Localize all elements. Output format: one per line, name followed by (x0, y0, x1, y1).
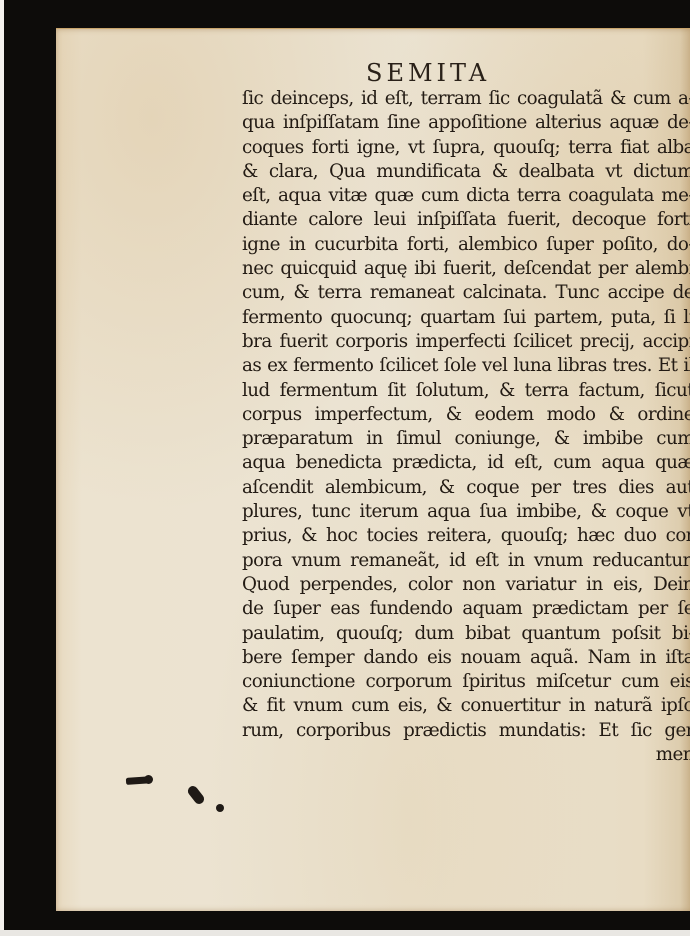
scan-background: SEMITA ſic deinceps, id eſt, terram ſic … (0, 0, 690, 936)
text-line: & clara, Qua mundificata & dealbata vt d… (242, 160, 690, 184)
text-line: paulatim, quouſq; dum bibat quantum poſs… (242, 622, 690, 646)
text-line: Quod perpendes, color non variatur in ei… (242, 573, 690, 597)
text-line: plures, tunc iterum aqua ſua imbibe, & c… (242, 500, 690, 524)
text-line: corpus imperfectum, & eodem modo & ordin… (242, 403, 690, 427)
text-line: pora vnum remaneãt, id eſt in vnum reduc… (242, 549, 690, 573)
text-line: prius, & hoc tocies reitera, quouſq; hæc… (242, 524, 690, 548)
text-line: qua inſpiſſatam ſine appoſitione alteriu… (242, 111, 690, 135)
text-line: ſic deinceps, id eſt, terram ſic coagula… (242, 87, 690, 111)
text-line: igne in cucurbita forti, alembico ſuper … (242, 233, 690, 257)
text-line: de ſuper eas fundendo aquam prædictam pe… (242, 597, 690, 621)
ink-dot (216, 804, 224, 812)
body-text: ſic deinceps, id eſt, terram ſic coagula… (242, 87, 690, 767)
running-head: SEMITA (366, 59, 490, 87)
text-line: coques forti igne, vt ſupra, quouſq; ter… (242, 136, 690, 160)
text-line: eſt, aqua vitæ quæ cum dicta terra coagu… (242, 184, 690, 208)
ink-blot (144, 775, 153, 784)
text-line: bere ſemper dando eis nouam aquã. Nam in… (242, 646, 690, 670)
text-line: & fit vnum cum eis, & conuertitur in nat… (242, 694, 690, 718)
text-line: coniunctione corporum ſpiritus miſcetur … (242, 670, 690, 694)
catchword: men (242, 743, 690, 767)
text-line: bra fuerit corporis imperfecti ſcilicet … (242, 330, 690, 354)
text-line: as ex fermento ſcilicet ſole vel luna li… (242, 354, 690, 378)
text-line: præparatum in ſimul coniunge, & imbibe c… (242, 427, 690, 451)
scan-border-bottom (0, 930, 690, 936)
text-line: rum, corporibus prædictis mundatis: Et ſ… (242, 719, 690, 743)
text-line: diante calore leui inſpiſſata fuerit, de… (242, 208, 690, 232)
text-line: lud fermentum ſit ſolutum, & terra factu… (242, 379, 690, 403)
text-line: aſcendit alembicum, & coque per tres die… (242, 476, 690, 500)
text-line: nec quicquid aquę ibi fuerit, deſcendat … (242, 257, 690, 281)
text-line: fermento quocunq; quartam ſui partem, pu… (242, 306, 690, 330)
scan-border-left (0, 0, 4, 936)
text-line: aqua benedicta prædicta, id eſt, cum aqu… (242, 451, 690, 475)
text-line: cum, & terra remaneat calcinata. Tunc ac… (242, 281, 690, 305)
